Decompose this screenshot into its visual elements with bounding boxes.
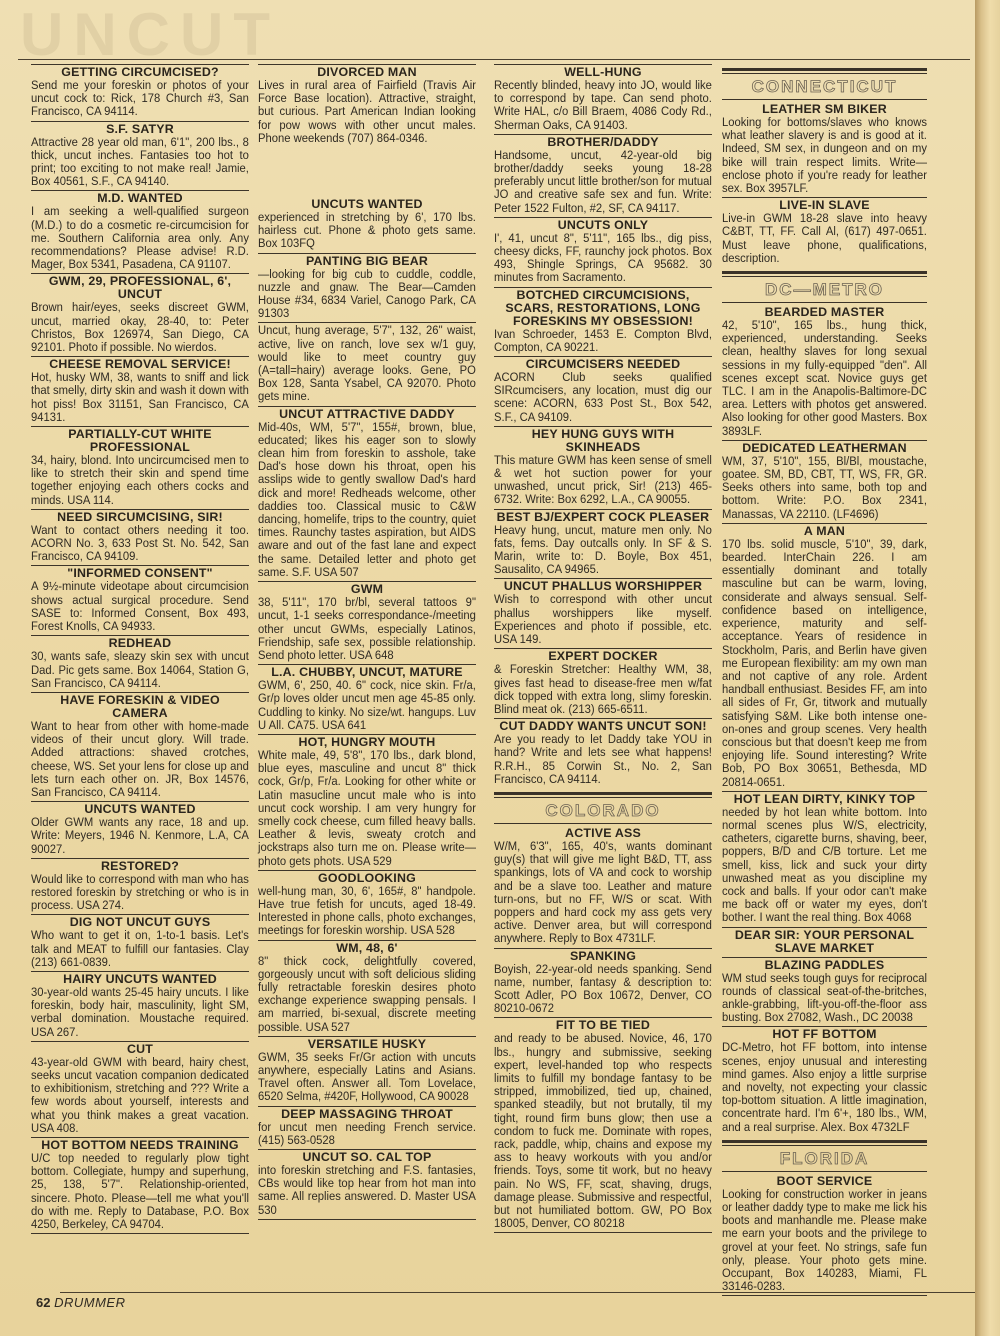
ad-body: This mature GWM has keen sense of smell … [494, 454, 712, 507]
ad-body: Want to contact others needing it too. A… [31, 524, 249, 564]
footer-rule [60, 1292, 975, 1293]
ad-body: 34, hairy, blond. Into uncircumcised men… [31, 454, 249, 507]
classified-ad: GOODLOOKINGwell-hung man, 30, 6', 165#, … [258, 870, 476, 940]
ad-heading: BOTCHED CIRCUMCISIONS, SCARS, RESTORATIO… [494, 289, 712, 328]
classified-ad: BOTCHED CIRCUMCISIONS, SCARS, RESTORATIO… [494, 287, 712, 356]
column-end-rule [722, 1295, 927, 1296]
classified-ad: NEED SIRCUMCISING, SIR!Want to contact o… [31, 509, 249, 566]
classified-ad: HOT BOTTOM NEEDS TRAININGU/C top needed … [31, 1137, 249, 1233]
ad-body: 30-year-old wants 25-45 hairy uncuts. I … [31, 986, 249, 1039]
classified-ad: S.F. SATYRAttractive 28 year old man, 6'… [31, 121, 249, 191]
ad-body: 38, 5'11", 170 br/bl, several tattoos 9"… [258, 596, 476, 662]
classified-ad: PANTING BIG BEAR—looking for big cub to … [258, 253, 476, 323]
blank-space [258, 147, 476, 197]
ad-body: 8" thick cock, delightfully covered, gor… [258, 955, 476, 1034]
classified-ad: VERSATILE HUSKYGWM, 35 seeks Fr/Gr actio… [258, 1036, 476, 1106]
ad-body: Live-in GWM 18-28 slave into heavy C&BT,… [722, 212, 927, 265]
classified-ad: HEY HUNG GUYS WITH SKINHEADSThis mature … [494, 426, 712, 509]
ad-body: Are you ready to let Daddy take YOU in h… [494, 733, 712, 786]
ad-heading: GWM, 29, PROFESSIONAL, 6', UNCUT [31, 275, 249, 301]
classified-ad: GETTING CIRCUMCISED?Send me your foreski… [31, 64, 249, 121]
ad-heading: DEAR SIR: YOUR PERSONAL SLAVE MARKET [722, 929, 927, 955]
classified-ad: A MAN170 lbs. solid muscle, 5'10", 39, d… [722, 523, 927, 791]
ad-body: Heavy hung, uncut, mature men only. No f… [494, 524, 712, 577]
classified-ad: WM, 48, 6'8" thick cock, delightfully co… [258, 940, 476, 1036]
state-name: DC—METRO [722, 277, 927, 303]
ad-body: well-hung man, 30, 6', 165#, 8" handpole… [258, 885, 476, 938]
state-name: FLORIDA [722, 1146, 927, 1172]
classified-ad: M.D. WANTEDI am seeking a well-qualified… [31, 190, 249, 273]
ad-body: Older GWM wants any race, 18 and up. Wri… [31, 816, 249, 856]
classified-ad: DIG NOT UNCUT GUYSWho want to get it on,… [31, 914, 249, 971]
classified-ad: CHEESE REMOVAL SERVICE!Hot, husky WM, 38… [31, 356, 249, 426]
ad-body: U/C top needed to regularly plow tight b… [31, 1152, 249, 1231]
ad-body: Recently blinded, heavy into JO, would l… [494, 79, 712, 132]
page-number: 62 [36, 1295, 50, 1310]
ad-body: Attractive 28 year old man, 6'1", 200 lb… [31, 136, 249, 189]
classified-ad: UNCUT SO. CAL TOPinto foreskin stretchin… [258, 1149, 476, 1219]
ad-body: I', 41, uncut 8", 5'11", 165 lbs., dig p… [494, 232, 712, 285]
classified-ad: UNCUT PHALLUS WORSHIPPERWish to correspo… [494, 578, 712, 648]
classified-ad: GWM38, 5'11", 170 br/bl, several tattoos… [258, 581, 476, 664]
classified-ad: BEST BJ/EXPERT COCK PLEASERHeavy hung, u… [494, 509, 712, 579]
ad-body: Ivan Schroeder, 1453 E. Compton Blvd, Co… [494, 328, 712, 354]
ad-body: for uncut men needing French service. (4… [258, 1121, 476, 1147]
ad-heading: PARTIALLY-CUT WHITE PROFESSIONAL [31, 428, 249, 454]
classified-ad: RESTORED?Would like to correspond with m… [31, 858, 249, 915]
ad-body: 170 lbs. solid muscle, 5'10", 39, dark, … [722, 538, 927, 789]
ad-body: Brown hair/eyes, seeks discreet GWM, unc… [31, 301, 249, 354]
ad-body: Looking for construction worker in jeans… [722, 1188, 927, 1294]
ad-body: Handsome, uncut, 42-year-old big brother… [494, 149, 712, 215]
publication-name: DRUMMER [54, 1295, 125, 1310]
state-section-header: FLORIDA [722, 1140, 927, 1172]
classified-ad: WELL-HUNGRecently blinded, heavy into JO… [494, 64, 712, 134]
classified-ad: FIT TO BE TIEDand ready to be abused. No… [494, 1017, 712, 1232]
classified-ad: DEAR SIR: YOUR PERSONAL SLAVE MARKET [722, 927, 927, 957]
state-section-header: CONNECTICUT [722, 68, 927, 100]
classified-ad: UNCUTS WANTEDOlder GWM wants any race, 1… [31, 801, 249, 858]
page-footer: 62 DRUMMER [36, 1295, 125, 1310]
ad-body: Want to hear from other with home-made v… [31, 720, 249, 799]
ad-body: and ready to be abused. Novice, 46, 170 … [494, 1032, 712, 1230]
classified-ad: DEEP MASSAGING THROATfor uncut men needi… [258, 1106, 476, 1149]
classified-ad: PARTIALLY-CUT WHITE PROFESSIONAL34, hair… [31, 426, 249, 509]
ad-body: GWM, 35 seeks Fr/Gr action with uncuts a… [258, 1051, 476, 1104]
ad-body: Wish to correspond with other uncut phal… [494, 593, 712, 646]
classified-ad: L.A. CHUBBY, UNCUT, MATUREGWM, 6', 250, … [258, 664, 476, 734]
column-end-rule [494, 1232, 712, 1233]
page-gutter [975, 0, 1000, 1336]
magazine-page: UNCUT GETTING CIRCUMCISED?Send me your f… [0, 0, 975, 1336]
ad-body: W/M, 6'3", 165, 40's, wants dominant guy… [494, 840, 712, 946]
classified-ad: BLAZING PADDLESWM stud seeks tough guys … [722, 957, 927, 1027]
classified-ad: HAVE FORESKIN & VIDEO CAMERAWant to hear… [31, 692, 249, 801]
classified-ad: LIVE-IN SLAVELive-in GWM 18-28 slave int… [722, 197, 927, 267]
ad-heading: HEY HUNG GUYS WITH SKINHEADS [494, 428, 712, 454]
ad-body: Mid-40s, WM, 5'7", 155#, brown, blue, ed… [258, 421, 476, 579]
classified-ad: CIRCUMCISERS NEEDEDACORN Club seeks qual… [494, 356, 712, 426]
ad-body: Hot, husky WM, 38, wants to sniff and li… [31, 371, 249, 424]
ad-body: —looking for big cub to cuddle, coddle, … [258, 268, 476, 321]
ad-body: WM stud seeks tough guys for reciprocal … [722, 972, 927, 1025]
column-4: CONNECTICUTLEATHER SM BIKERLooking for b… [722, 64, 927, 1296]
state-name: CONNECTICUT [722, 74, 927, 100]
classified-ad: UNCUT ATTRACTIVE DADDYMid-40s, WM, 5'7",… [258, 406, 476, 581]
classified-ad: GWM, 29, PROFESSIONAL, 6', UNCUTBrown ha… [31, 273, 249, 356]
column-1: GETTING CIRCUMCISED?Send me your foreski… [31, 64, 249, 1234]
classified-ad: ACTIVE ASSW/M, 6'3", 165, 40's, wants do… [494, 826, 712, 948]
ad-body: I am seeking a well-qualified surgeon (M… [31, 205, 249, 271]
classified-ad: HAIRY UNCUTS WANTED30-year-old wants 25-… [31, 971, 249, 1041]
state-section-header: DC—METRO [722, 271, 927, 303]
ad-body: Lives in rural area of Fairfield (Travis… [258, 79, 476, 145]
ad-body: Boyish, 22-year-old needs spanking. Send… [494, 963, 712, 1016]
ad-body: needed by hot lean white bottom. Into no… [722, 806, 927, 925]
classified-ad: HOT, HUNGRY MOUTHWhite male, 49, 5'8", 1… [258, 734, 476, 870]
ad-body: Who want to get it on, 1-to-1 basis. Let… [31, 929, 249, 969]
ad-body: White male, 49, 5'8", 170 lbs., dark blo… [258, 749, 476, 868]
classified-ad: UNCUTS ONLYI', 41, uncut 8", 5'11", 165 … [494, 217, 712, 287]
classified-ad: "INFORMED CONSENT"A 9½-minute videotape … [31, 565, 249, 635]
classified-ad: UNCUTS WANTEDexperienced in stretching b… [258, 197, 476, 253]
ad-heading: HAVE FORESKIN & VIDEO CAMERA [31, 694, 249, 720]
ad-body: A 9½-minute videotape about circumcision… [31, 580, 249, 633]
classified-ad: HOT FF BOTTOMDC-Metro, hot FF bottom, in… [722, 1026, 927, 1135]
ad-body: WM, 37, 5'10", 155, Bl/Bl, moustache, go… [722, 455, 927, 521]
ad-body: DC-Metro, hot FF bottom, into intense sc… [722, 1041, 927, 1133]
state-name: COLORADO [494, 798, 712, 824]
classified-ad: SPANKINGBoyish, 22-year-old needs spanki… [494, 948, 712, 1018]
column-2: DIVORCED MANLives in rural area of Fairf… [258, 64, 476, 1220]
ad-body: 30, wants safe, sleazy skin sex with unc… [31, 650, 249, 690]
ad-body: Uncut, hung average, 5'7", 132, 26" wais… [258, 324, 476, 403]
ad-body: ACORN Club seeks qualified SIRcumcisers,… [494, 371, 712, 424]
ad-body: Looking for bottoms/slaves who knows wha… [722, 116, 927, 195]
show-through-heading: UNCUT [20, 0, 960, 58]
ad-body: GWM, 6', 250, 40. 6" cock, nice skin. Fr… [258, 679, 476, 732]
ad-body: experienced in stretching by 6', 170 lbs… [258, 211, 476, 251]
ad-body: 43-year-old GWM with beard, hairy chest,… [31, 1056, 249, 1135]
classified-ad: DIVORCED MANLives in rural area of Fairf… [258, 64, 476, 147]
classified-ad: CUT DADDY WANTS UNCUT SON!Are you ready … [494, 718, 712, 788]
classified-ad: CUT43-year-old GWM with beard, hairy che… [31, 1041, 249, 1137]
ad-body: Would like to correspond with man who ha… [31, 873, 249, 913]
classified-ad: LEATHER SM BIKERLooking for bottoms/slav… [722, 102, 927, 197]
classified-ad: REDHEAD30, wants safe, sleazy skin sex w… [31, 635, 249, 692]
column-end-rule [31, 1233, 249, 1234]
classified-ad: BROTHER/DADDYHandsome, uncut, 42-year-ol… [494, 134, 712, 217]
classified-ad: BOOT SERVICELooking for construction wor… [722, 1174, 927, 1296]
state-section-header: COLORADO [494, 792, 712, 824]
ad-body: & Foreskin Stretcher: Healthy WM, 38, gi… [494, 663, 712, 716]
classified-ad: DEDICATED LEATHERMANWM, 37, 5'10", 155, … [722, 440, 927, 523]
classified-ad: EXPERT DOCKER& Foreskin Stretcher: Healt… [494, 648, 712, 718]
ad-body: into foreskin stretching and F.S. fantas… [258, 1164, 476, 1217]
column-3: WELL-HUNGRecently blinded, heavy into JO… [494, 64, 712, 1233]
classified-ad: HOT LEAN DIRTY, KINKY TOPneeded by hot l… [722, 791, 927, 927]
column-end-rule [258, 1219, 476, 1220]
ad-body: 42, 5'10", 165 lbs., hung thick, experie… [722, 319, 927, 438]
classified-ad: Uncut, hung average, 5'7", 132, 26" wais… [258, 322, 476, 405]
classified-ad: BEARDED MASTER42, 5'10", 165 lbs., hung … [722, 305, 927, 440]
ad-body: Send me your foreskin or photos of your … [31, 79, 249, 119]
top-rule [18, 59, 970, 60]
